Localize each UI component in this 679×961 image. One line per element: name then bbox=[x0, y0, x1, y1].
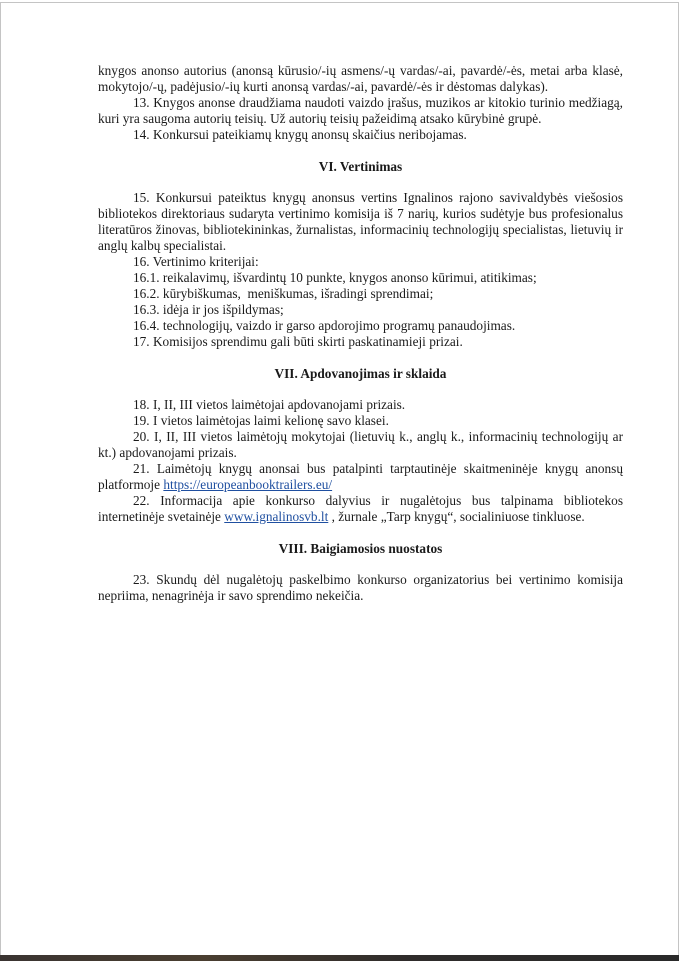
document-content: knygos anonso autorius (anonsą kūrusio/-… bbox=[98, 63, 623, 604]
criterion-16-2: 16.2. kūrybiškumas, meniškumas, išrading… bbox=[98, 286, 623, 302]
paragraph-12-continuation: knygos anonso autorius (anonsą kūrusio/-… bbox=[98, 63, 623, 95]
taskbar-strip bbox=[0, 955, 679, 961]
paragraph-17: 17. Komisijos sprendimu gali būti skirti… bbox=[98, 334, 623, 350]
criterion-16-3: 16.3. idėja ir jos išpildymas; bbox=[98, 302, 623, 318]
paragraph-22-text-end: , žurnale „Tarp knygų“, socialiniuose ti… bbox=[328, 509, 584, 524]
paragraph-18: 18. I, II, III vietos laimėtojai apdovan… bbox=[98, 397, 623, 413]
europeanbooktrailers-link[interactable]: https://europeanbooktrailers.eu/ bbox=[163, 477, 332, 492]
paragraph-21: 21. Laimėtojų knygų anonsai bus patalpin… bbox=[98, 461, 623, 493]
paragraph-15: 15. Konkursui pateiktus knygų anonsus ve… bbox=[98, 190, 623, 254]
section-heading-baigiamosios: VIII. Baigiamosios nuostatos bbox=[98, 541, 623, 556]
section-heading-vertinimas: VI. Vertinimas bbox=[98, 159, 623, 174]
ignalinosvb-link[interactable]: www.ignalinosvb.lt bbox=[224, 509, 328, 524]
criterion-16-1: 16.1. reikalavimų, išvardintų 10 punkte,… bbox=[98, 270, 623, 286]
paragraph-22: 22. Informacija apie konkurso dalyvius i… bbox=[98, 493, 623, 525]
paragraph-19: 19. I vietos laimėtojas laimi kelionę sa… bbox=[98, 413, 623, 429]
paragraph-20: 20. I, II, III vietos laimėtojų mokytoja… bbox=[98, 429, 623, 461]
paragraph-23: 23. Skundų dėl nugalėtojų paskelbimo kon… bbox=[98, 572, 623, 604]
paragraph-13: 13. Knygos anonse draudžiama naudoti vai… bbox=[98, 95, 623, 127]
document-page: knygos anonso autorius (anonsą kūrusio/-… bbox=[0, 2, 679, 955]
paragraph-14: 14. Konkursui pateikiamų knygų anonsų sk… bbox=[98, 127, 623, 143]
paragraph-16: 16. Vertinimo kriterijai: bbox=[98, 254, 623, 270]
section-heading-apdovanojimas: VII. Apdovanojimas ir sklaida bbox=[98, 366, 623, 381]
criterion-16-4: 16.4. technologijų, vaizdo ir garso apdo… bbox=[98, 318, 623, 334]
